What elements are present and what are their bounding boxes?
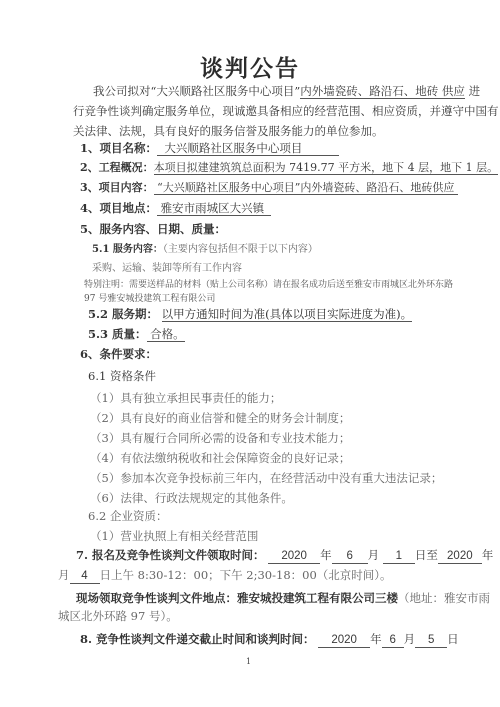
item-value: 雅安市雨城区大兴镇 <box>157 201 271 216</box>
year-char: 年 <box>370 632 382 646</box>
s7-label: 7. 报名及竞争性谈判文件领取时间： <box>76 548 265 562</box>
condition-item: （4）有依法缴纳税收和社会保障资金的良好记录； <box>90 451 350 465</box>
day-to: 日至 <box>415 548 438 562</box>
intro-prefix: 我公司拟对“大兴顺路社区服务中心项目” <box>93 84 300 98</box>
item-project-location: 4、项目地点： 雅安市雨城区大兴镇 <box>80 201 271 215</box>
s7-start-month: 6 <box>332 549 368 564</box>
item-value: 大兴顺路社区服务中心项目 <box>157 141 339 156</box>
item-project-name: 1、项目名称： 大兴顺路社区服务中心项目 <box>80 141 339 155</box>
s51-content: 采购、运输、装卸等所有工作内容 <box>92 259 242 274</box>
section-6-2-heading: 6.2 企业资质： <box>88 509 167 523</box>
s7-start-year: 2020 <box>268 549 320 564</box>
condition-item: （5）参加本次竞争投标前三年内，在经营活动中没有重大违法记录； <box>90 471 442 485</box>
section-7-pickup-line-1: 现场领取竞争性谈判文件地点：雅安城投建筑工程有限公司三楼（地址：雅安市雨 <box>76 591 490 605</box>
special-note-line-1: 特别注明：需要送样品的材料（贴上公司名称）请在报名成功后送至雅安市雨城区北外环东… <box>84 277 453 290</box>
s53-label: 5.3 质量： <box>88 327 147 341</box>
s7-start-day: 1 <box>383 549 415 564</box>
year-char: 年 <box>320 548 332 562</box>
section-7-line-1: 7. 报名及竞争性谈判文件领取时间： 2020年6月 1日至2020年 <box>76 548 493 564</box>
s8-label: 8. 竞争性谈判文件递交截止时间和谈判时间： <box>80 632 315 646</box>
intro-line-2: 行竞争性谈判确定服务单位，现诚邀具备相应的经营范围、相应资质，并遵守中国有 <box>73 104 499 118</box>
condition-item: （1）具有独立承担民事责任的能力； <box>90 391 281 405</box>
day-char: 日 <box>447 632 459 646</box>
s8-month: 6 <box>382 633 404 648</box>
item-label: 1、项目名称： <box>80 141 157 155</box>
item-project-overview: 2、工程概况：本项目拟建建筑筑总面积为 7419.77 平方米，地下 4 层，地… <box>80 161 498 175</box>
section-7-line-2: 月4日上午 8:30-12：00；下午 2;30-18：00（北京时间）。 <box>58 568 392 584</box>
pickup-address: （地址：雅安市雨 <box>398 591 490 605</box>
item-project-content: 3、项目内容： “大兴顺路社区服务中心项目”内外墙瓷砖、路沿石、地砖供应 <box>80 181 458 195</box>
s7-end-day: 4 <box>70 569 100 584</box>
item-label: 2、工程概况： <box>80 161 154 174</box>
s7-hours: 日上午 8:30-12：00；下午 2;30-18：00（北京时间）。 <box>100 568 392 582</box>
intro-line-1: 我公司拟对“大兴顺路社区服务中心项目”内外墙瓷砖、路沿石、地砖 供应 进 <box>93 84 480 98</box>
s51-label: 5.1 服务内容： <box>92 244 163 255</box>
section-5-2: 5.2 服务期： 以甲方通知时间为准(具体以项目实际进度为准)。 <box>88 307 412 321</box>
s7-end-year: 2020 <box>438 549 482 564</box>
s53-value: 合格。 <box>147 327 185 342</box>
section-5-heading: 5、服务内容、日期、质量： <box>80 222 226 236</box>
section-6-1-heading: 6.1 资格条件 <box>88 369 156 383</box>
section-5-1: 5.1 服务内容：（主要内容包括但不限于以下内容） <box>92 240 318 255</box>
condition-item: （2）具有良好的商业信誉和健全的财务会计制度； <box>90 411 350 425</box>
condition-item: （3）具有履行合同所必需的设备和专业技术能力； <box>90 431 350 445</box>
page-number: 1 <box>246 657 251 666</box>
section-7-pickup-line-2: 城区北外环路 97 号）。 <box>58 609 178 623</box>
year-char: 年 <box>482 548 494 562</box>
intro-underlined: 内外墙瓷砖、路沿石、地砖 供应 <box>300 84 465 99</box>
month-char: 月 <box>404 632 416 646</box>
intro-line-3: 关法律、法规，具有良好的服务信誉及服务能力的单位参加。 <box>73 124 384 138</box>
item-label: 3、项目内容： <box>80 181 154 194</box>
item-label: 4、项目地点： <box>80 201 157 215</box>
section-5-3: 5.3 质量： 合格。 <box>88 327 185 341</box>
s52-label: 5.2 服务期： <box>88 307 158 321</box>
item-value: “大兴顺路社区服务中心项目”内外墙瓷砖、路沿石、地砖供应 <box>154 181 458 195</box>
s51-note: （主要内容包括但不限于以下内容） <box>163 244 318 255</box>
month-char: 月 <box>58 568 70 582</box>
special-note-line-2: 97 号雅安城投建筑工程有限公司 <box>84 291 215 304</box>
section-8-line: 8. 竞争性谈判文件递交截止时间和谈判时间： 2020年6月5日 <box>80 632 459 648</box>
month-char: 月 <box>368 548 380 562</box>
document-title: 谈判公告 <box>0 50 500 83</box>
s8-year: 2020 <box>318 633 370 648</box>
condition-item: （6）法律、行政法规规定的其他条件。 <box>90 491 293 505</box>
section-6-heading: 6、条件要求： <box>80 347 157 361</box>
pickup-label: 现场领取竞争性谈判文件地点：雅安城投建筑工程有限公司三楼 <box>76 591 398 605</box>
intro-suffix: 进 <box>465 84 480 98</box>
s52-value: 以甲方通知时间为准(具体以项目实际进度为准)。 <box>162 307 412 322</box>
qualification-item: （1）营业执照上有相关经营范围 <box>90 529 258 543</box>
s8-day: 5 <box>415 633 447 648</box>
item-value: 本项目拟建建筑筑总面积为 7419.77 平方米，地下 4 层，地下 1 层。 <box>154 161 498 175</box>
